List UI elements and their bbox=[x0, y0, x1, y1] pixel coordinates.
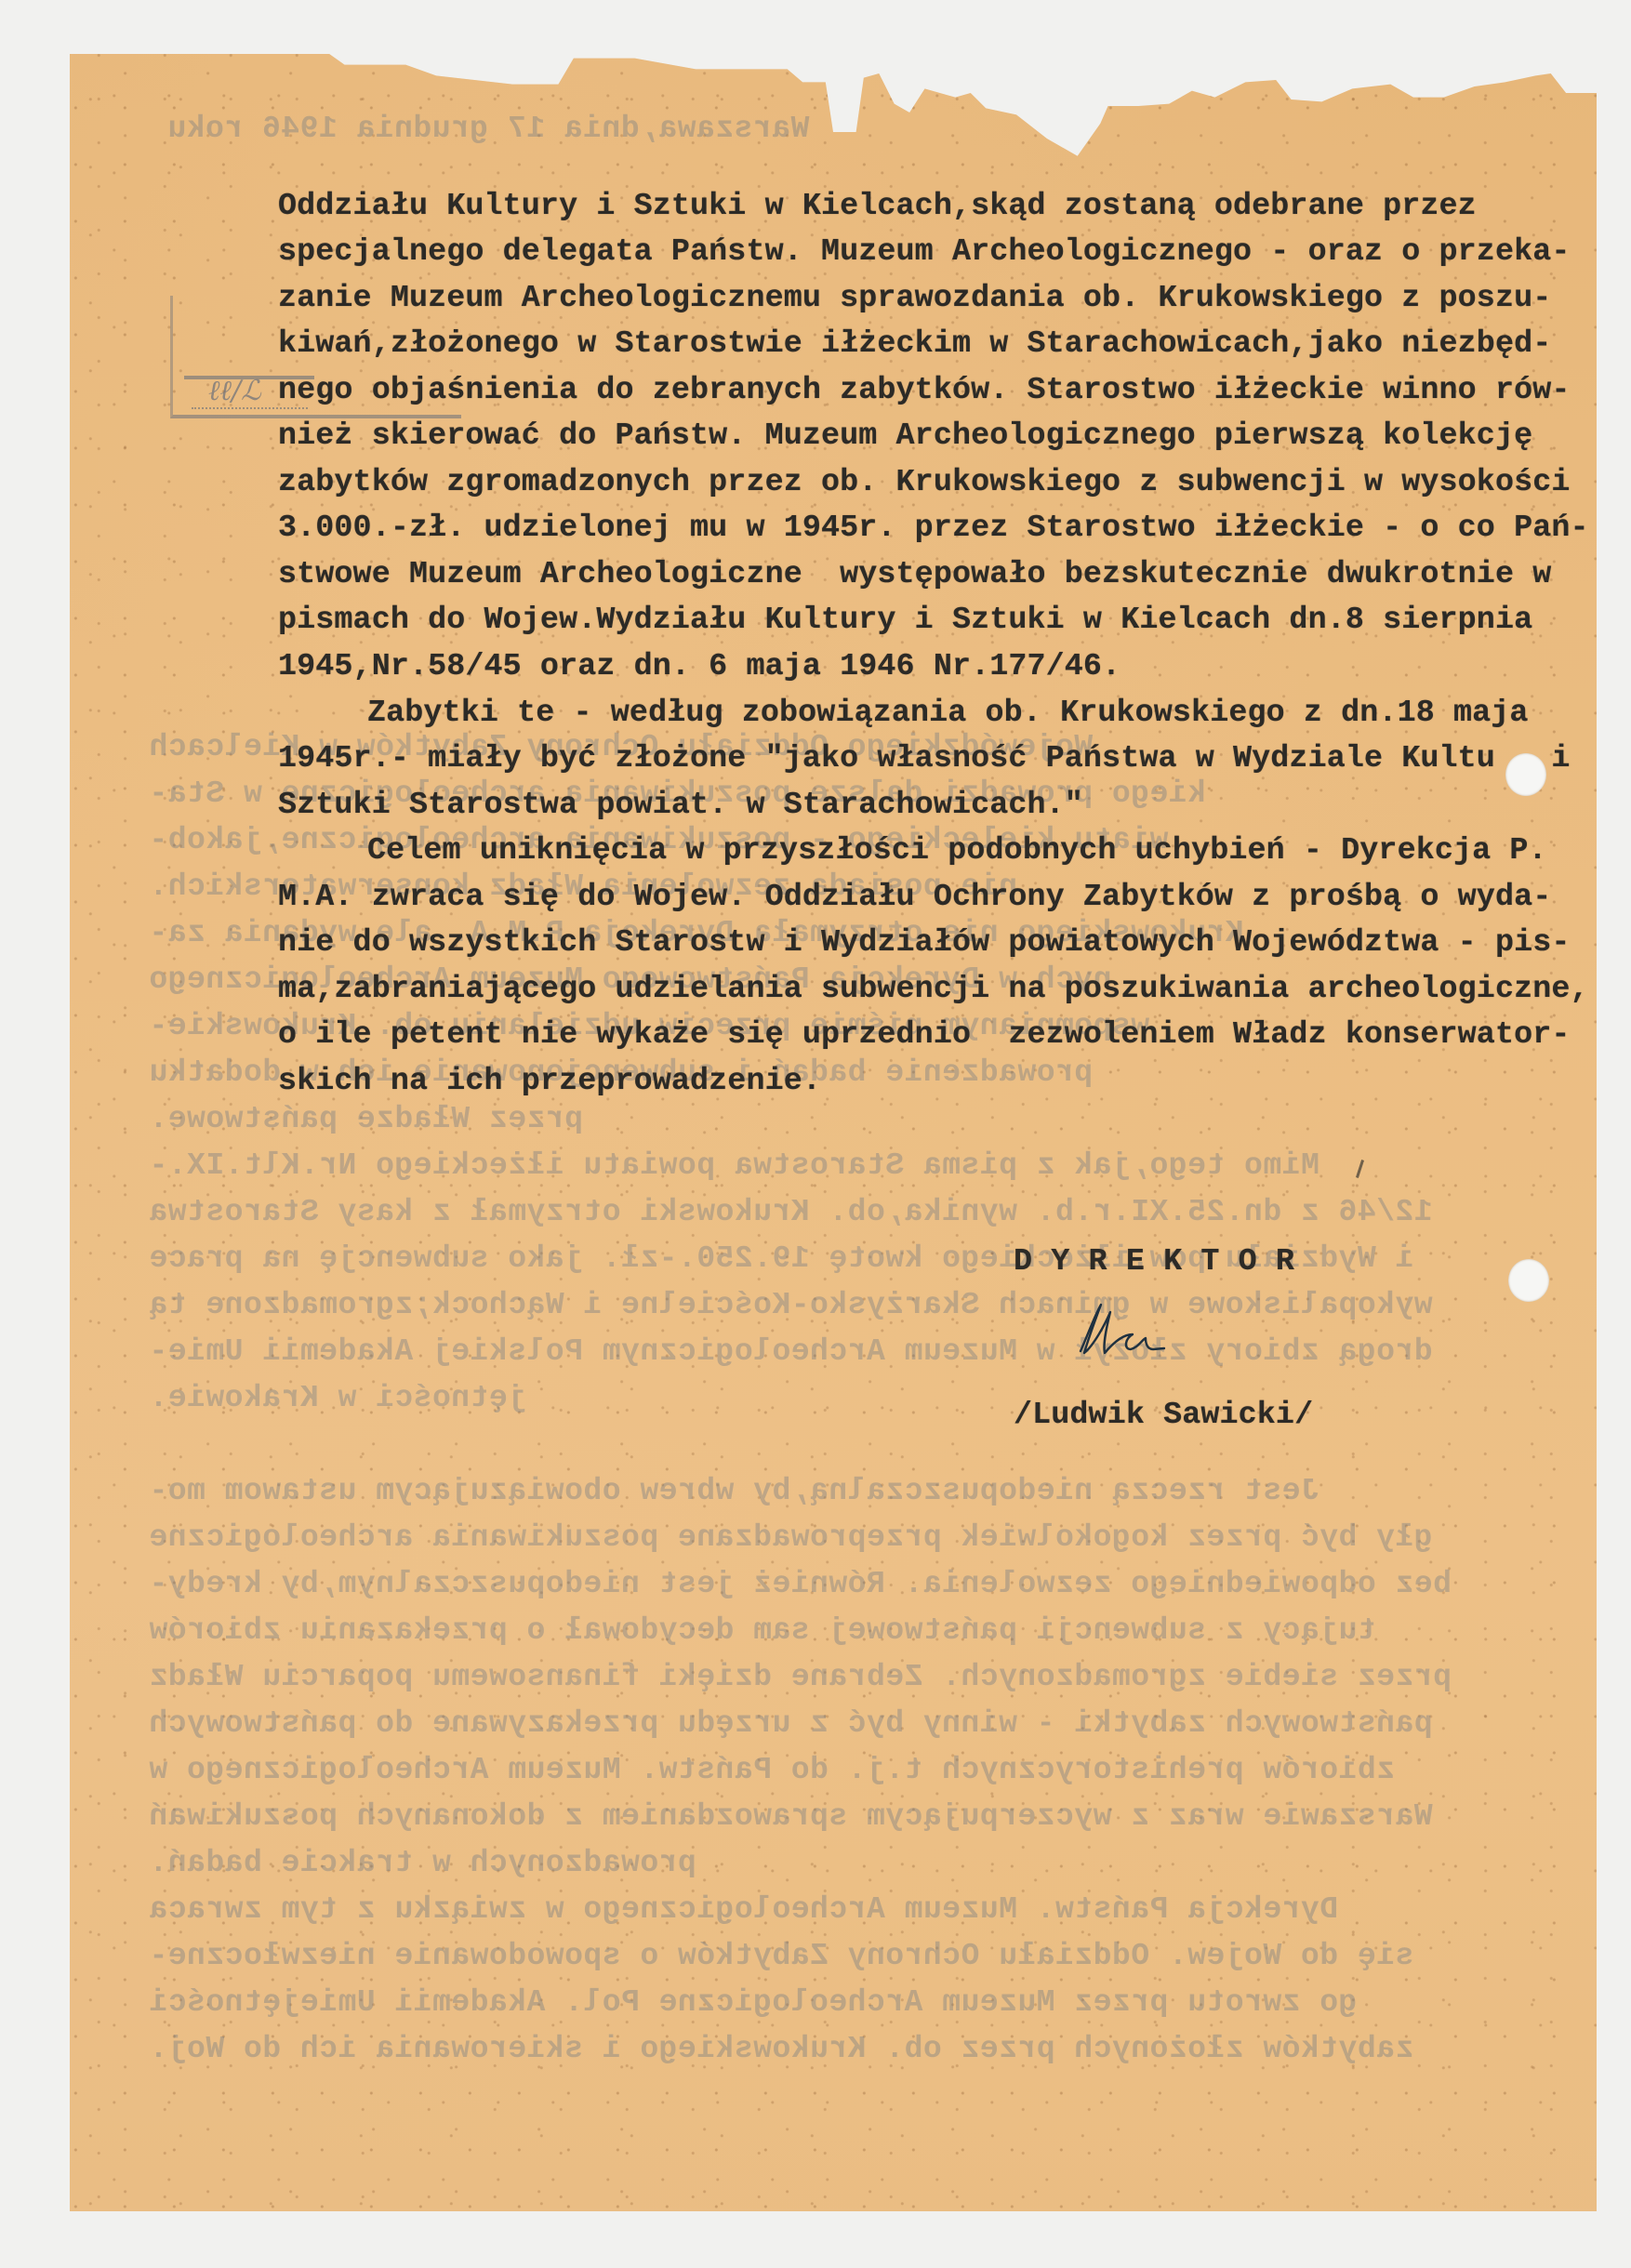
bleed-through-text: bez odpowiedniego zezwolenia. Również je… bbox=[149, 1567, 1452, 1601]
punch-hole bbox=[1505, 753, 1546, 796]
body-line: zanie Muzeum Archeologicznemu sprawozdan… bbox=[278, 284, 1551, 314]
body-line: skich na ich przeprowadzenie. bbox=[278, 1067, 821, 1097]
bleed-through-text: Warszawie wraz z wyczerpującym sprawozda… bbox=[149, 1799, 1433, 1834]
body-line: 1945r.- miały być złożone "jako własność… bbox=[278, 744, 1571, 775]
bleed-through-text: przez Władze państwowe. bbox=[149, 1102, 583, 1136]
body-line: o ile petent nie wykaże się uprzednio ze… bbox=[278, 1020, 1571, 1051]
bleed-through-text: zabytków złożonych przez ob. Krukowskieg… bbox=[149, 2032, 1413, 2066]
handwritten-signature-icon bbox=[1067, 1297, 1170, 1362]
bleed-through-text: tujący z subwencji państwowej sam decydo… bbox=[149, 1613, 1376, 1648]
bleed-through-text: go zwrotu przez Muzeum Archeologiczne Po… bbox=[149, 1985, 1357, 2020]
bleed-through-text: 12/46 z dn.25.XI.r.b. wynika,ob. Krukows… bbox=[149, 1195, 1433, 1229]
bleed-through-text: drogą zbiory złożył w Muzeum Archeologic… bbox=[149, 1334, 1433, 1369]
body-line: nie do wszystkich Starostw i Wydziałów p… bbox=[278, 928, 1571, 959]
body-line: zabytków zgromadzonych przez ob. Krukows… bbox=[278, 468, 1571, 498]
body-line: nego objaśnienia do zebranych zabytków. … bbox=[278, 376, 1571, 406]
signatory-title: D Y R E K T O R bbox=[1014, 1247, 1294, 1278]
body-line: Celem uniknięcia w przyszłości podobnych… bbox=[367, 836, 1547, 867]
bleed-through-text: gły być przez kogokolwiek przeprowadzane… bbox=[149, 1520, 1433, 1555]
body-line: pismach do Wojew.Wydziału Kultury i Sztu… bbox=[278, 605, 1532, 636]
bleed-through-text: Dyrekcja Państw. Muzeum Archeologicznego… bbox=[149, 1892, 1338, 1927]
body-line: M.A. zwraca się do Wojew. Oddziału Ochro… bbox=[278, 882, 1551, 913]
body-line: kiwań,złożonego w Starostwie iłżeckim w … bbox=[278, 329, 1551, 360]
bleed-through-text: wykopaliskowe w gminach Skarżysko-Koście… bbox=[149, 1288, 1433, 1322]
punch-hole bbox=[1508, 1259, 1549, 1302]
bleed-through-text: Mimo tego,jak z pisma Starostwa powiatu … bbox=[149, 1148, 1319, 1183]
bleed-through-text: zbiorów prehistorycznych t.j. do Państw.… bbox=[149, 1753, 1395, 1787]
body-line: Zabytki te - według zobowiązania ob. Kru… bbox=[367, 698, 1529, 729]
body-line: 3.000.-zł. udzielonej mu w 1945r. przez … bbox=[278, 513, 1589, 544]
bleed-through-date: Warszawa,dnia 17 grudnia 1946 roku bbox=[167, 112, 809, 146]
signatory-name: /Ludwik Sawicki/ bbox=[1014, 1400, 1313, 1431]
bleed-through-text: państwowych zabytki - winny być z urzędu… bbox=[149, 1706, 1433, 1741]
body-line: Sztuki Starostwa powiat. w Starachowicac… bbox=[278, 790, 1083, 821]
bleed-through-text: się do Wojew. Oddziału Ochrony Zabytków … bbox=[149, 1939, 1413, 1973]
body-line: 1945,Nr.58/45 oraz dn. 6 maja 1946 Nr.17… bbox=[278, 652, 1120, 683]
body-line: stwowe Muzeum Archeologiczne występowało… bbox=[278, 560, 1551, 590]
bleed-through-text: przez siebie zgromadzonych. Zebrane dzię… bbox=[149, 1660, 1452, 1694]
body-line: nież skierować do Państw. Muzeum Archeol… bbox=[278, 421, 1532, 452]
body-line: ma,zabraniającego udzielania subwencji n… bbox=[278, 975, 1589, 1005]
stamp-handwritten-number: ℓℓ/ℒ bbox=[208, 375, 261, 407]
bleed-through-text: prowadzonych w trakcie badań. bbox=[149, 1846, 696, 1880]
bleed-through-text: jętności w Krakowie. bbox=[149, 1381, 526, 1415]
bleed-through-text: Jest rzeczą niedopuszczalną,by wbrew obo… bbox=[149, 1474, 1319, 1508]
body-line: specjalnego delegata Państw. Muzeum Arch… bbox=[278, 237, 1571, 268]
body-line: Oddziału Kultury i Sztuki w Kielcach,ską… bbox=[278, 192, 1477, 222]
